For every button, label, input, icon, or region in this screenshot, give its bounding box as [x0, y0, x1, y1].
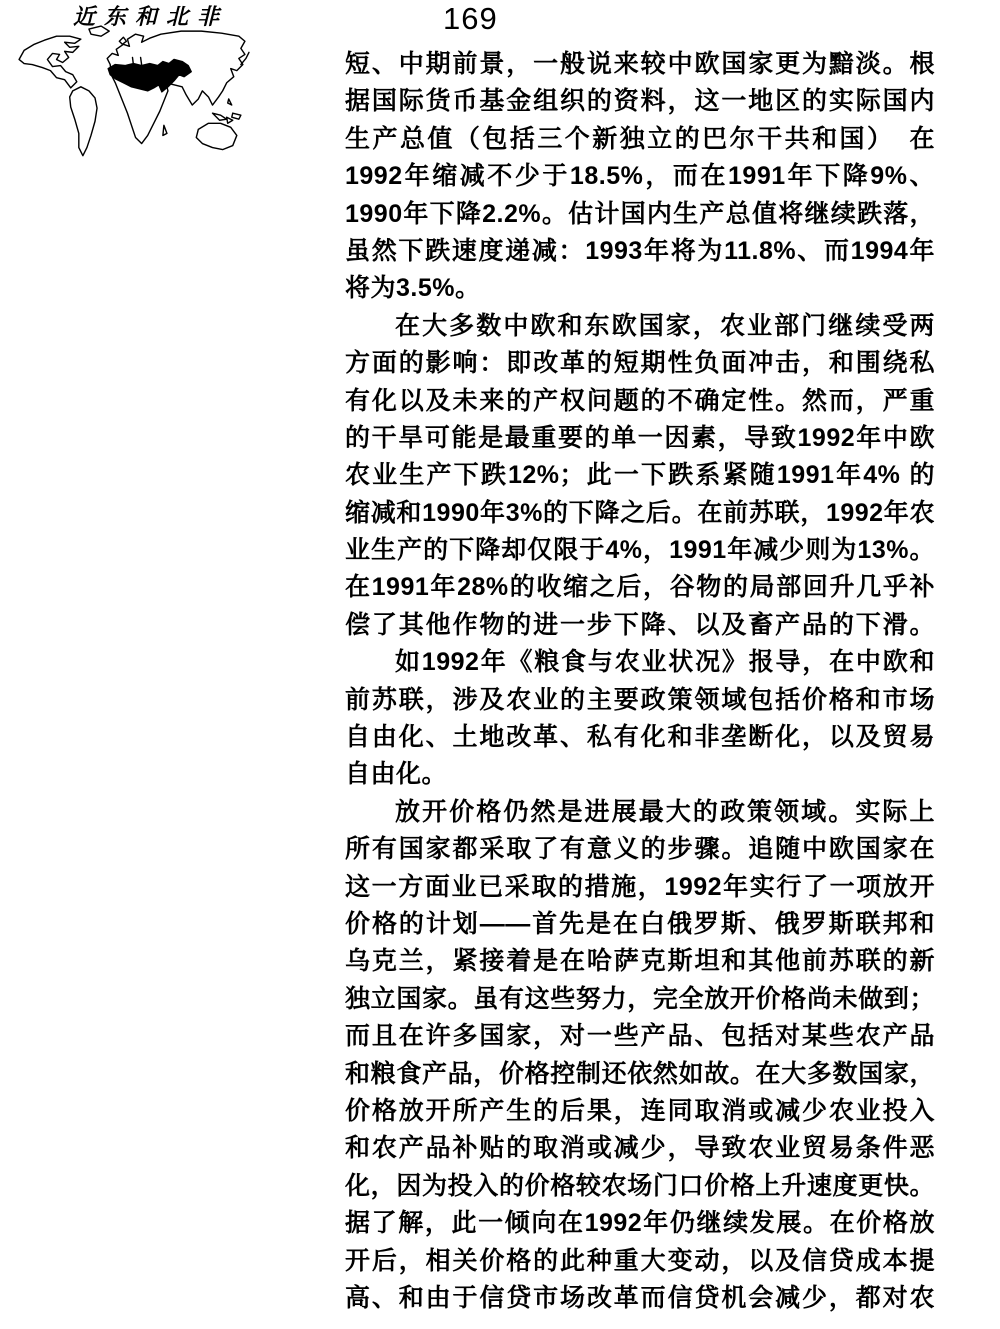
text-line: 价格放开所产生的后果，连同取消或减少农业投入	[345, 1093, 935, 1130]
text-line: 有化以及未来的产权问题的不确定性。然而，严重	[345, 383, 935, 420]
text-line: 短、中期前景，一般说来较中欧国家更为黯淡。根	[345, 46, 935, 83]
text-line: 1990年下降2.2%。估计国内生产总值将继续跌落，	[345, 196, 935, 233]
text-line: 和粮食产品，价格控制还依然如故。在大多数国家，	[345, 1056, 935, 1093]
text-line: 1992年缩减不少于18.5%，而在1991年下降9%、	[345, 158, 935, 195]
world-map-icon	[14, 24, 252, 178]
text-line: 价格的计划——首先是在白俄罗斯、俄罗斯联邦和	[345, 906, 935, 943]
text-line: 这一方面业已采取的措施，1992年实行了一项放开	[345, 869, 935, 906]
text-line: 前苏联，涉及农业的主要政策领域包括价格和市场	[345, 682, 935, 719]
body-text: 短、中期前景，一般说来较中欧国家更为黯淡。根据国际货币基金组织的资料，这一地区的…	[345, 46, 935, 1317]
text-line: 农业生产下跌12%；此一下跌系紧随1991年4% 的	[345, 457, 935, 494]
text-line: 在1991年28%的收缩之后，谷物的局部回升几乎补	[345, 569, 935, 606]
text-line: 所有国家都采取了有意义的步骤。追随中欧国家在	[345, 831, 935, 868]
text-line: 放开价格仍然是进展最大的政策领域。实际上	[345, 794, 935, 831]
text-line: 据国际货币基金组织的资料，这一地区的实际国内	[345, 83, 935, 120]
text-line: 开后，相关价格的此种重大变动，以及信贷成本提	[345, 1243, 935, 1280]
text-line: 自由化、土地改革、私有化和非垄断化，以及贸易	[345, 719, 935, 756]
text-line: 而且在许多国家，对一些产品、包括对某些农产品	[345, 1018, 935, 1055]
text-line: 如1992年《粮食与农业状况》报导，在中欧和	[345, 644, 935, 681]
text-line: 在大多数中欧和东欧国家，农业部门继续受两	[345, 308, 935, 345]
text-line: 据了解，此一倾向在1992年仍继续发展。在价格放	[345, 1205, 935, 1242]
text-line: 的干旱可能是最重要的单一因素，导致1992年中欧	[345, 420, 935, 457]
text-line: 化，因为投入的价格较农场门口价格上升速度更快。	[345, 1168, 935, 1205]
text-line: 偿了其他作物的进一步下降、以及畜产品的下滑。	[345, 607, 935, 644]
text-line: 将为3.5%。	[345, 270, 935, 307]
text-line: 缩减和1990年3%的下降之后。在前苏联，1992年农	[345, 495, 935, 532]
text-line: 业生产的下降却仅限于4%，1991年减少则为13%。	[345, 532, 935, 569]
text-line: 独立国家。虽有这些努力，完全放开价格尚未做到；	[345, 981, 935, 1018]
text-line: 方面的影响：即改革的短期性负面冲击，和围绕私	[345, 345, 935, 382]
scanned-page: 近东和北非	[0, 0, 1000, 1329]
page-number: 169	[443, 1, 498, 37]
text-line: 虽然下跌速度递减：1993年将为11.8%、而1994年	[345, 233, 935, 270]
text-line: 乌克兰，紧接着是在哈萨克斯坦和其他前苏联的新	[345, 943, 935, 980]
text-line: 生产总值（包括三个新独立的巴尔干共和国） 在	[345, 121, 935, 158]
text-line: 和农产品补贴的取消或减少，导致农业贸易条件恶	[345, 1130, 935, 1167]
text-line: 自由化。	[345, 756, 935, 793]
text-line: 高、和由于信贷市场改革而信贷机会减少，都对农	[345, 1280, 935, 1317]
